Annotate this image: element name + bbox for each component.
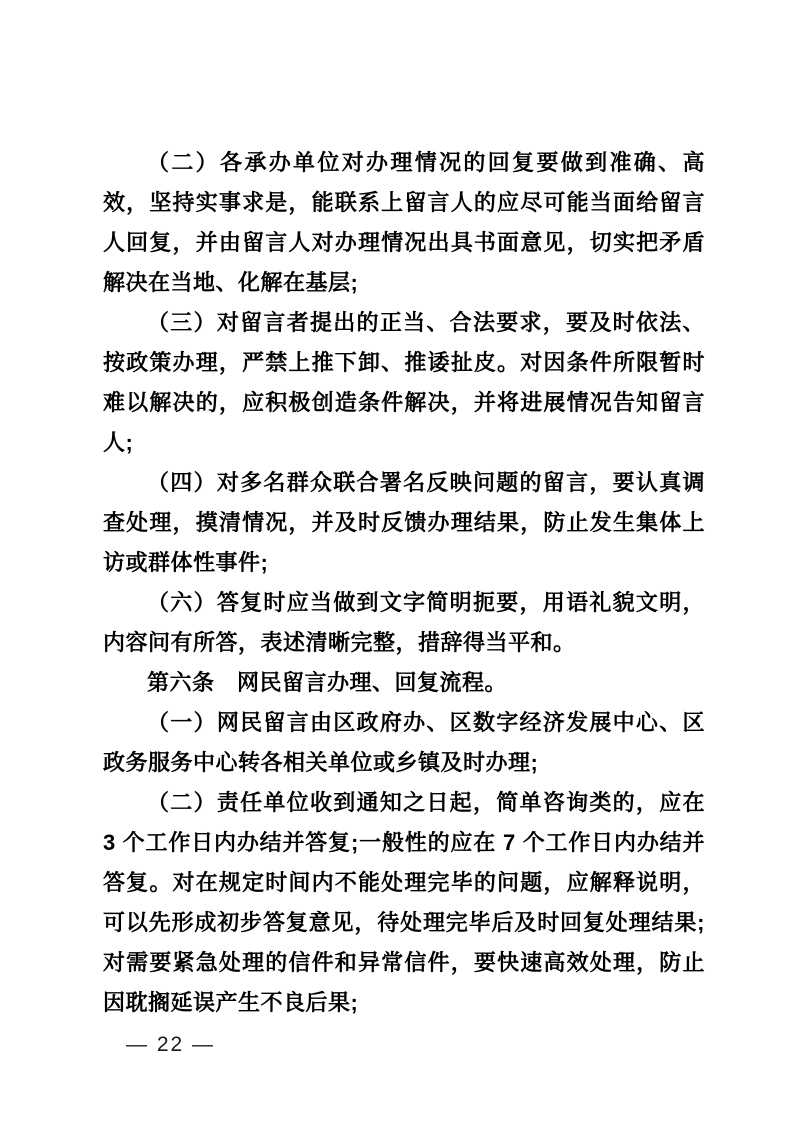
document-body: （二）各承办单位对办理情况的回复要做到准确、高效，坚持实事求是，能联系上留言人的… [103,143,705,1023]
document-paragraph: 第六条 网民留言办理、回复流程。 [103,663,705,703]
document-paragraph: （四）对多名群众联合署名反映问题的留言，要认真调查处理，摸清情况，并及时反馈办理… [103,463,705,583]
document-paragraph: （二）各承办单位对办理情况的回复要做到准确、高效，坚持实事求是，能联系上留言人的… [103,143,705,303]
document-paragraph: （六）答复时应当做到文字简明扼要，用语礼貌文明，内容问有所答，表述清晰完整，措辞… [103,583,705,663]
document-paragraph: （三）对留言者提出的正当、合法要求，要及时依法、按政策办理，严禁上推下卸、推诿扯… [103,303,705,463]
document-paragraph: （一）网民留言由区政府办、区数字经济发展中心、区政务服务中心转各相关单位或乡镇及… [103,703,705,783]
document-paragraph: （二）责任单位收到通知之日起，简单咨询类的，应在 3 个工作日内办结并答复;一般… [103,783,705,1023]
page-number: — 22 — [126,1033,215,1057]
document-page: （二）各承办单位对办理情况的回复要做到准确、高效，坚持实事求是，能联系上留言人的… [0,0,793,1122]
